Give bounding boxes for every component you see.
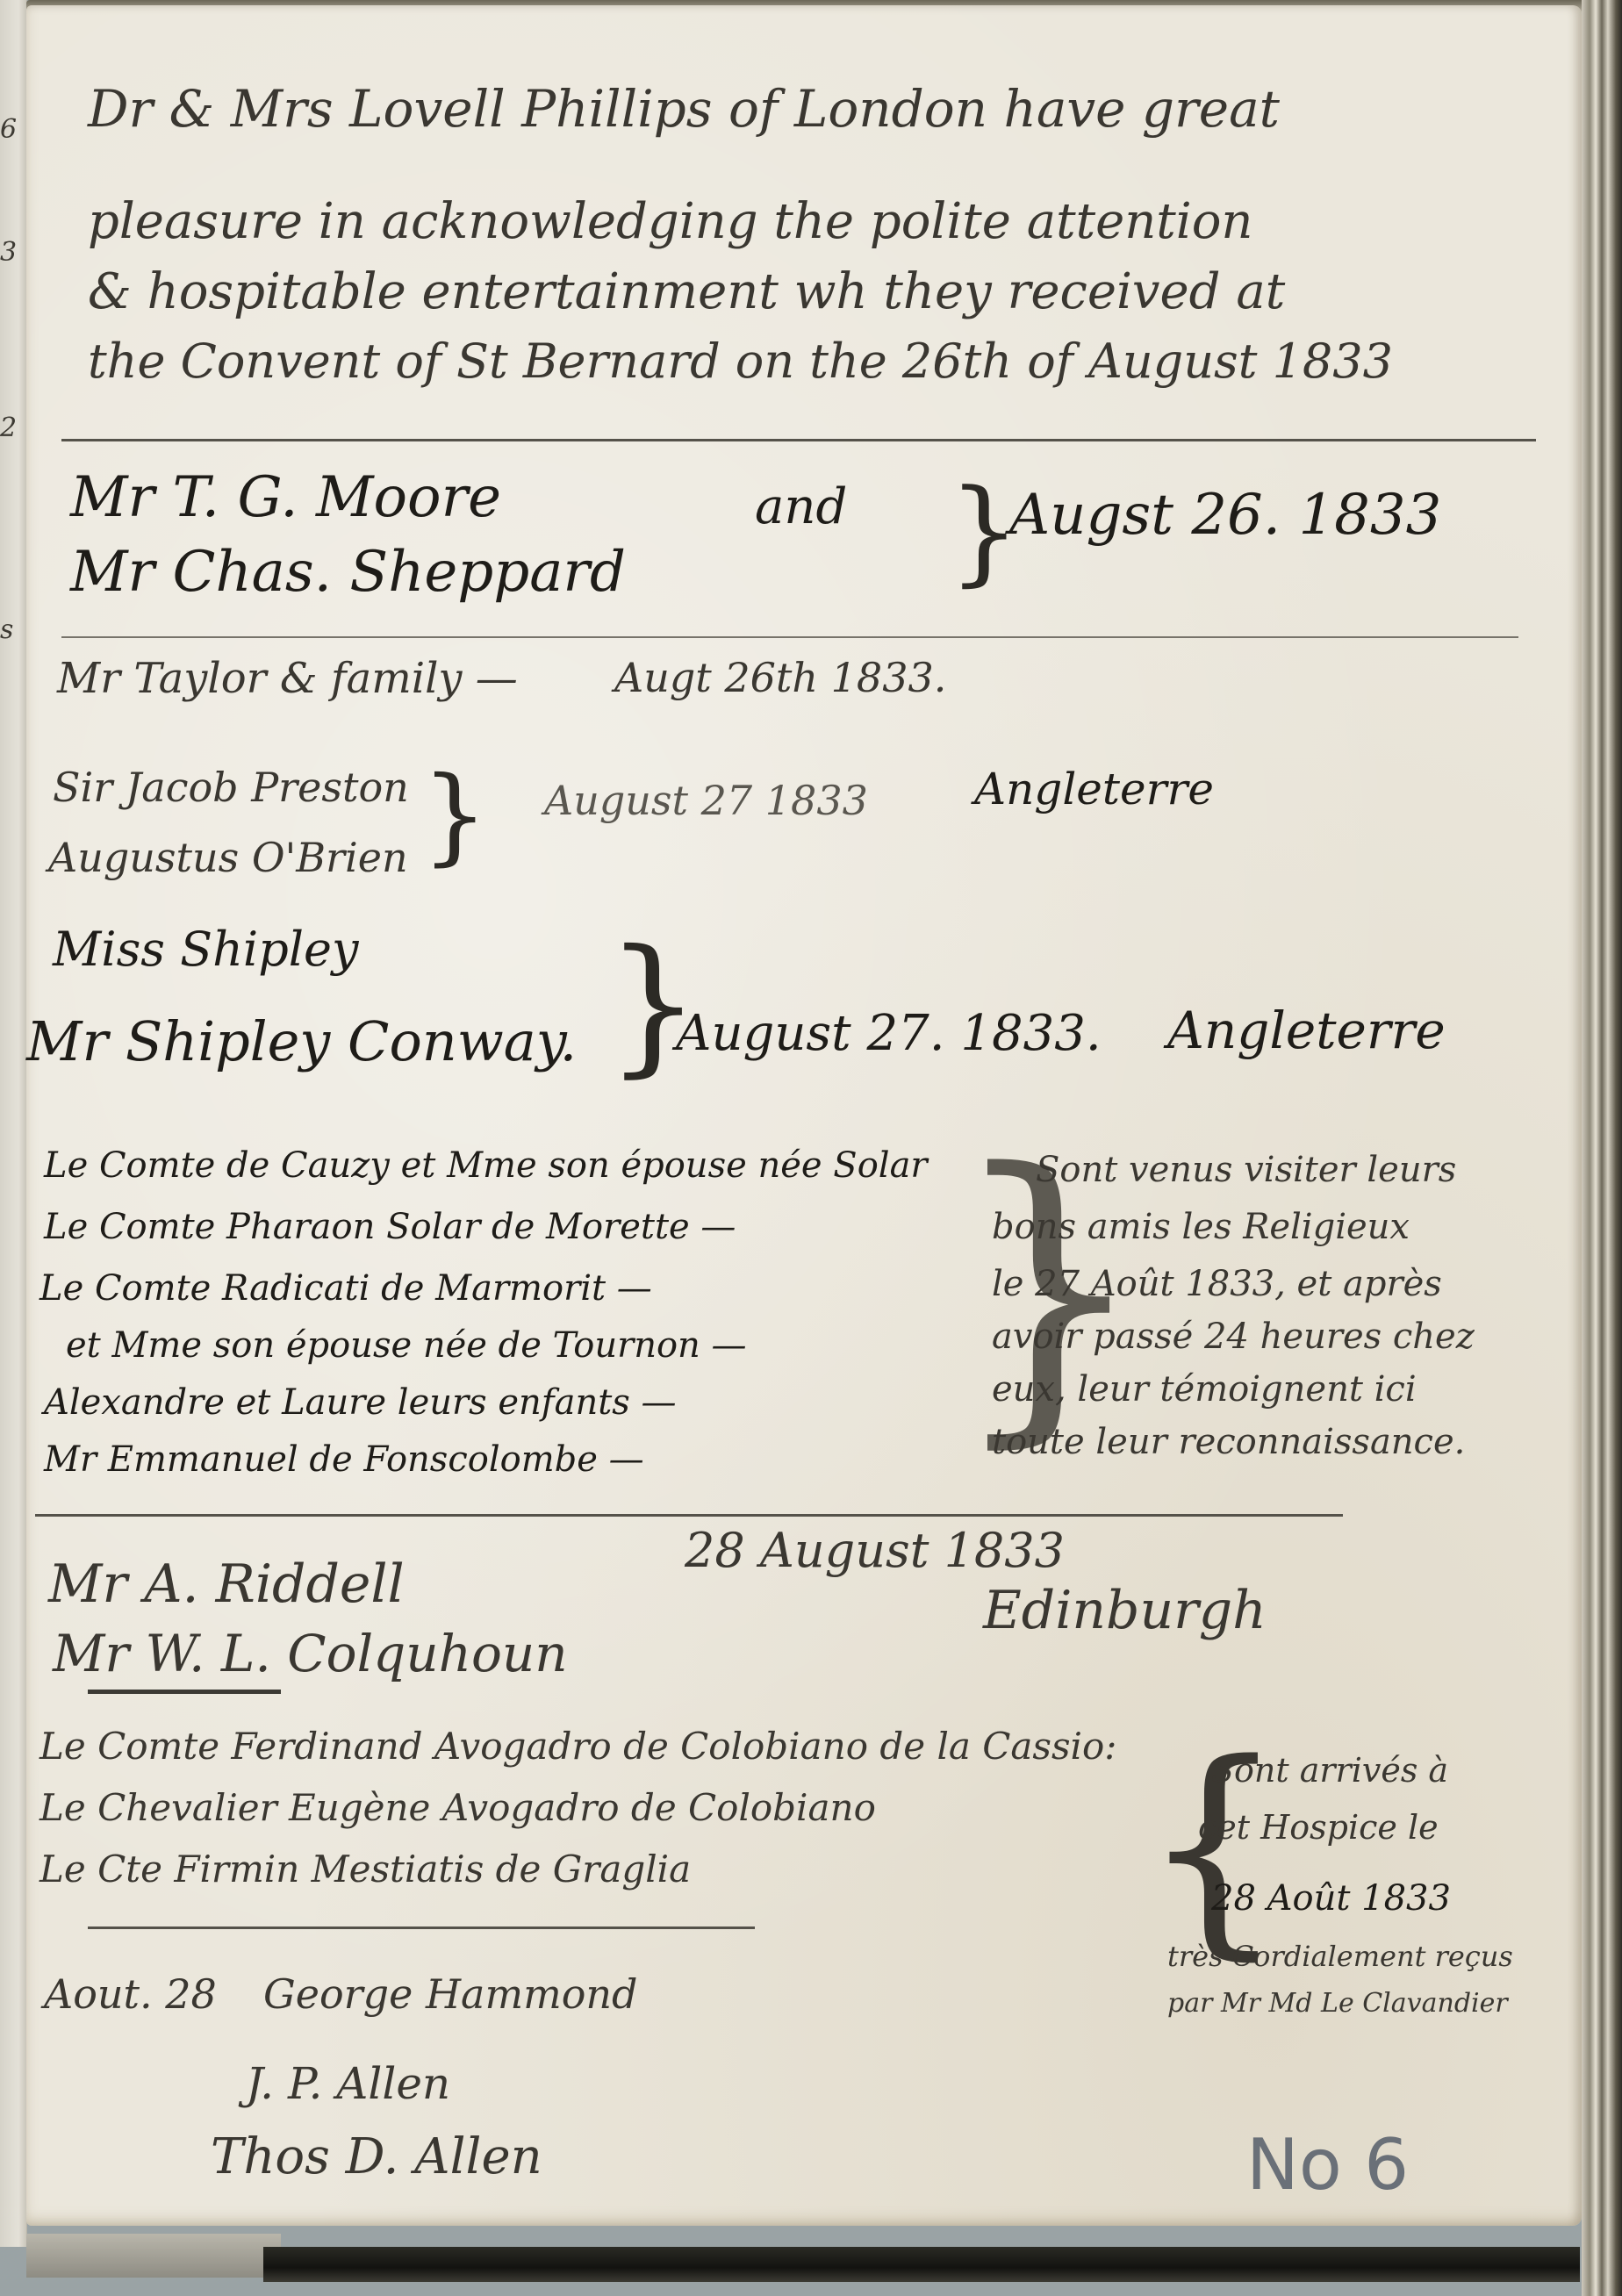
preston-name: Sir Jacob Preston — [53, 764, 409, 811]
jp-allen-name: J. P. Allen — [246, 2058, 450, 2109]
margin-mark: 3 — [0, 237, 17, 268]
avogadro-name-3: Le Cte Firmin Mestiatis de Graglia — [39, 1848, 691, 1891]
mr-shipley-name: Mr Shipley Conway. — [26, 1009, 577, 1073]
colquhoun-name: Mr W. L. Colquhoun — [53, 1624, 568, 1683]
phillips-line-2: pleasure in acknowledging the polite att… — [88, 193, 1252, 250]
riddell-date: 28 August 1833 — [685, 1523, 1065, 1578]
avogadro-note-3: 28 Août 1833 — [1211, 1878, 1451, 1919]
french-name-3: Le Comte Radicati de Marmorit — — [39, 1268, 652, 1309]
french-note-2: bons amis les Religieux — [992, 1207, 1410, 1247]
page-bottom-fold — [26, 2234, 281, 2278]
phillips-line-1: Dr & Mrs Lovell Phillips of London have … — [88, 79, 1280, 139]
facing-page-edge: 6 3 2 s — [0, 0, 27, 2247]
hammond-date: Aout. 28 — [44, 1970, 217, 2018]
french-name-6: Mr Emmanuel de Fonscolombe — — [44, 1439, 644, 1480]
obrien-name: Augustus O'Brien — [48, 834, 408, 881]
margin-mark: 2 — [0, 413, 17, 443]
french-note-6: toute leur reconnaissance. — [992, 1422, 1465, 1462]
margin-mark: 6 — [0, 114, 17, 145]
riddell-origin: Edinburgh — [983, 1580, 1267, 1641]
taylor-date: Augt 26th 1833. — [614, 654, 946, 701]
avogadro-note-5: par Mr Md Le Clavandier — [1167, 1988, 1508, 2019]
book-fore-edge — [1582, 0, 1622, 2296]
entry-divider — [61, 439, 1536, 441]
french-name-1: Le Comte de Cauzy et Mme son épouse née … — [44, 1145, 928, 1186]
phillips-line-3: & hospitable entertainment wh they recei… — [88, 263, 1285, 320]
avogadro-note-4: très Cordialement reçus — [1167, 1940, 1513, 1973]
avogadro-note-2: cet Hospice le — [1198, 1808, 1439, 1847]
moore-name: Mr T. G. Moore — [70, 465, 501, 530]
hammond-name: George Hammond — [263, 1970, 638, 2018]
preston-origin: Angleterre — [974, 764, 1214, 814]
thos-allen-name: Thos D. Allen — [211, 2128, 542, 2185]
moore-sheppard-date: Augst 26. 1833 — [1009, 483, 1441, 548]
sheppard-name: Mr Chas. Sheppard — [70, 540, 626, 605]
moore-joiner: and — [755, 478, 847, 535]
french-note-1: Sont venus visiter leurs — [1036, 1150, 1456, 1190]
french-name-2: Le Comte Pharaon Solar de Morette — — [44, 1207, 736, 1247]
underline — [88, 1690, 281, 1694]
book-bottom-edge — [263, 2247, 1580, 2282]
french-name-5: Alexandre et Laure leurs enfants — — [44, 1382, 677, 1423]
phillips-line-4: the Convent of St Bernard on the 26th of… — [88, 334, 1393, 389]
avogadro-note-1: Sont arrivés à — [1211, 1751, 1448, 1790]
page-number: No 6 — [1246, 2124, 1409, 2206]
french-note-4: avoir passé 24 heures chez — [992, 1317, 1475, 1357]
shipley-origin: Angleterre — [1167, 1001, 1446, 1060]
miss-shipley-name: Miss Shipley — [53, 922, 359, 977]
taylor-name: Mr Taylor & family — — [57, 654, 518, 703]
shipley-date: August 27. 1833. — [676, 1005, 1102, 1062]
entry-divider — [61, 636, 1518, 638]
underline — [88, 1926, 755, 1929]
french-name-4: et Mme son épouse née de Tournon — — [66, 1325, 747, 1366]
riddell-name: Mr A. Riddell — [48, 1553, 405, 1615]
avogadro-name-2: Le Chevalier Eugène Avogadro de Colobian… — [39, 1786, 876, 1829]
bracket-icon: } — [421, 764, 488, 869]
preston-date: August 27 1833 — [544, 777, 868, 824]
french-note-3: le 27 Août 1833, et après — [992, 1264, 1442, 1304]
avogadro-name-1: Le Comte Ferdinand Avogadro de Colobiano… — [39, 1725, 1116, 1768]
margin-mark: s — [0, 614, 13, 645]
french-note-5: eux, leur témoignent ici — [992, 1369, 1417, 1410]
entry-divider — [35, 1514, 1343, 1517]
